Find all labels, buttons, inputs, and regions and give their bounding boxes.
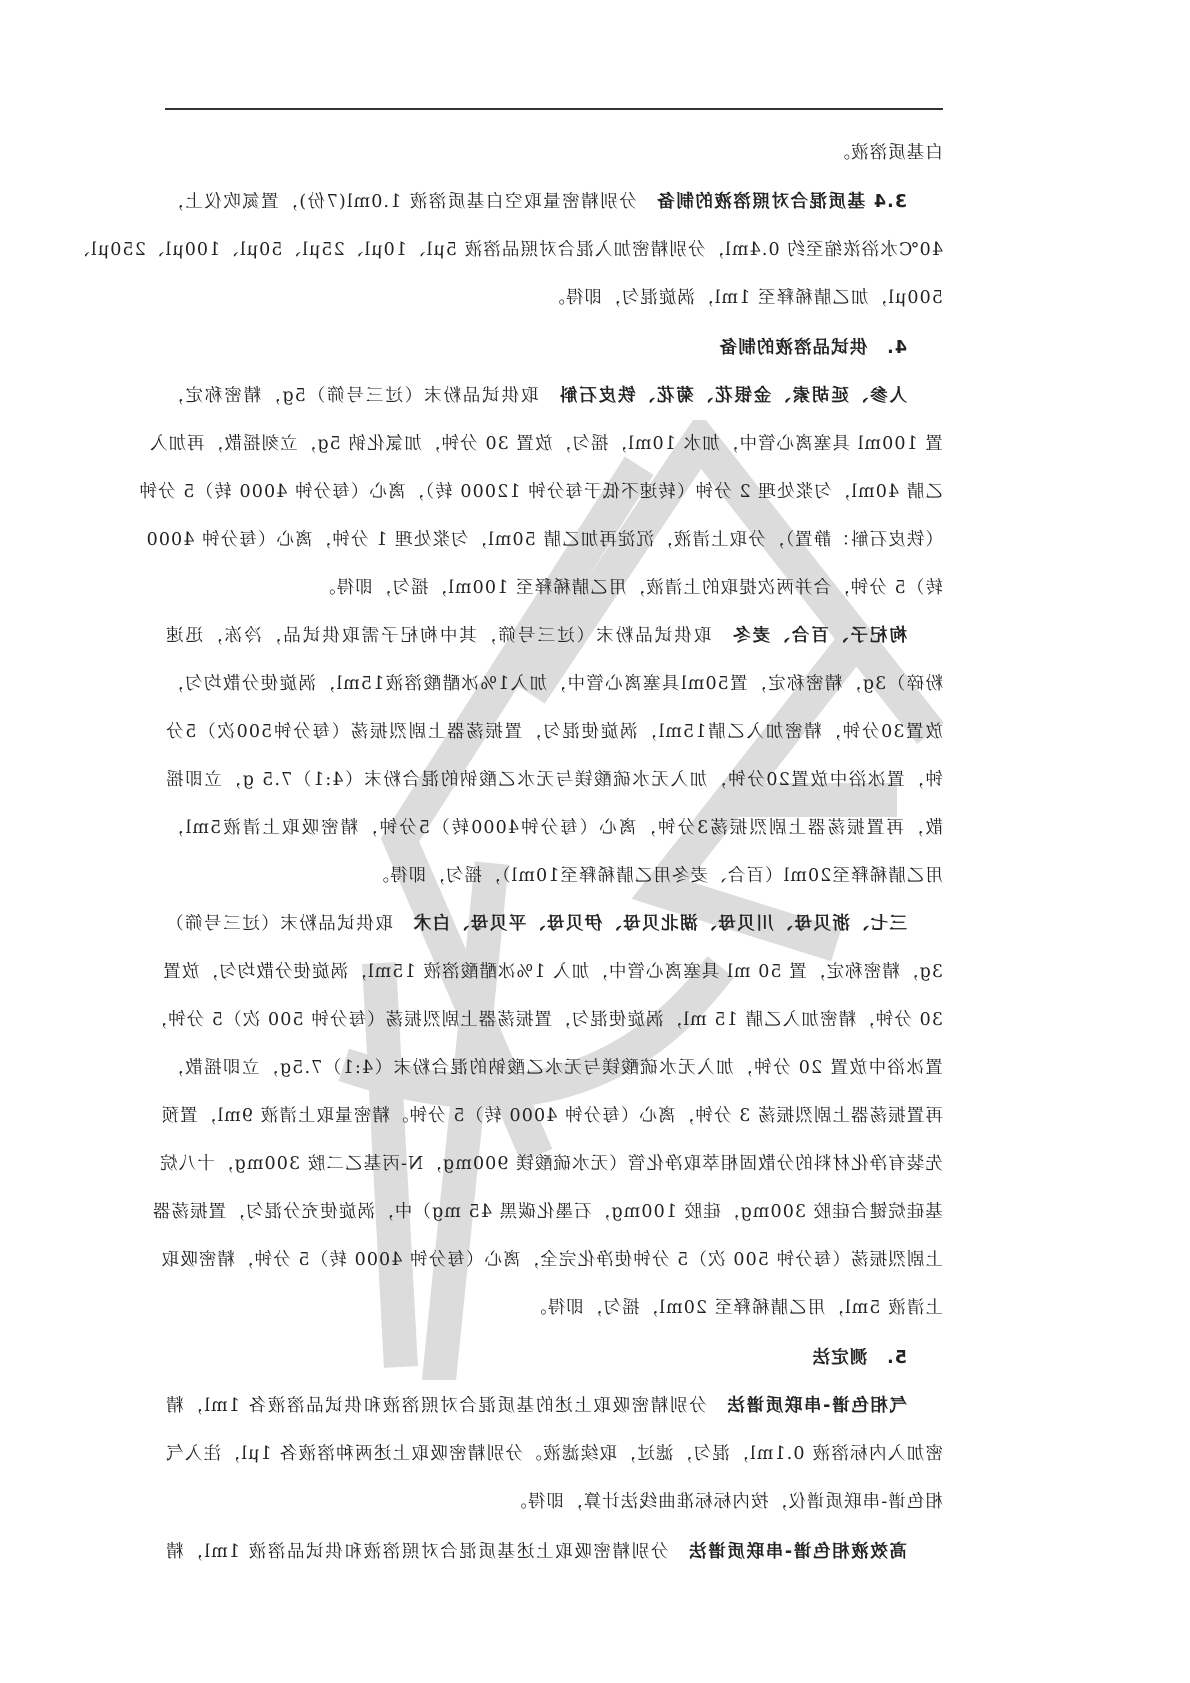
- header-rule: [165, 108, 943, 110]
- line-text: 乙腈 40ml，匀浆处理 2 分钟（转速不低于每分钟 12000 转），离心（每…: [138, 482, 943, 502]
- line-text: 分别精密量取空白基质溶液 1.0ml(7份)，置氮吹仪上，: [165, 192, 656, 212]
- section-heading-line: 高效液相色谱-串联质谱法 分别精密吸取上述基质混合对照溶液和供试品溶液 1ml，…: [165, 1540, 943, 1564]
- paragraph-line: 放置30分钟，精密加入乙腈15ml，涡旋使混匀，置振荡器上剧烈振荡（每分钟500…: [165, 720, 943, 744]
- line-text: 转）5 分钟，合并两次提取的上清液，用乙腈稀释至 100ml，摇匀，即得。: [317, 578, 943, 598]
- paragraph-line: （铁皮石斛：静置），分取上清液，沉淀再加乙腈 50ml，匀浆处理 1 分钟，离心…: [165, 528, 943, 552]
- line-text: 密加入内标溶液 0.1ml，混匀，滤过，取续滤液。分别精密吸取上述两种溶液各 1…: [165, 1444, 943, 1464]
- paragraph-line: 上清液 5ml，用乙腈稀释至 20ml，摇匀，即得。: [165, 1296, 943, 1320]
- paragraph-line: 置 100ml 具塞离心管中，加水 10ml，摇匀，放置 30 分钟，加氯化钠 …: [165, 432, 943, 456]
- line-text: 钟，置冰浴中放置20分钟，加入无水硫酸镁与无水乙酸钠的混合粉末（4:1）7.5 …: [165, 770, 943, 790]
- line-text: 用乙腈稀释至20ml（百合、麦冬用乙腈稀释至10ml），摇匀，即得。: [370, 866, 943, 886]
- line-text: 上剧烈振荡（每分钟 500 次）5 分钟使净化完全，离心（每分钟 4000 转）…: [161, 1250, 943, 1270]
- section-heading-line: 5. 测定法: [165, 1346, 943, 1370]
- paragraph-line: 用乙腈稀释至20ml（百合、麦冬用乙腈稀释至10ml），摇匀，即得。: [165, 864, 943, 888]
- section-heading-line: 4. 供试品溶液的制备: [165, 336, 943, 360]
- section-heading-line: 气相色谱-串联质谱法 分别精密吸取上述的基质混合对照溶液和供试品溶液各 1ml，…: [165, 1394, 943, 1418]
- paragraph-line: 40℃水浴浓缩至约 0.4ml，分别精密加入混合对照品溶液 5μl、10μl、2…: [165, 238, 943, 262]
- section-heading-line: 三七、浙贝母、川贝母、湖北贝母、伊贝母、平贝母、白术 取供试品粉末（过三号筛）: [165, 912, 943, 936]
- paragraph-line: 粉碎）3g，精密称定，置50ml具塞离心管中，加入1%冰醋酸溶液15ml，涡旋使…: [165, 672, 943, 696]
- paragraph-line: 基硅烷键合硅胶 300mg，硅胶 100mg，石墨化碳黑 45 mg）中，涡旋使…: [165, 1200, 943, 1224]
- bold-heading: 高效液相色谱-串联质谱法: [687, 1542, 907, 1562]
- paragraph-line: 钟，置冰浴中放置20分钟，加入无水硫酸镁与无水乙酸钠的混合粉末（4:1）7.5 …: [165, 768, 943, 792]
- paragraph-line: 先装有净化材料的分散固相萃取净化管（无水硫酸镁 900mg，N-丙基乙二胺 30…: [165, 1152, 943, 1176]
- line-text: 取供试品粉末（过三号筛）5g，精密称定，: [165, 386, 558, 406]
- line-text: 再置振荡器上剧烈振荡 3 分钟，离心（每分钟 4000 转）5 分钟。精密量取上…: [161, 1106, 943, 1126]
- paragraph-line: 白基质溶液。: [165, 141, 943, 165]
- line-text: 置冰浴中放置 20 分钟，加入无水硫酸镁与无水乙酸钠的混合粉末（4:1）7.5g…: [165, 1058, 943, 1078]
- paragraph-line: 转）5 分钟，合并两次提取的上清液，用乙腈稀释至 100ml，摇匀，即得。: [165, 576, 943, 600]
- bold-heading: 人参、延胡索、金银花、菊花、铁皮石斛: [558, 386, 907, 406]
- paragraph-line: 相色谱-串联质谱仪，按内标标准曲线法计算，即得。: [165, 1490, 943, 1514]
- section-heading-line: 枸杞子、百合、麦冬 取供试品粉末（过三号筛，其中枸杞子需取供试品，冷冻，迅速: [165, 624, 943, 648]
- line-text: 取供试品粉末（过三号筛）: [165, 914, 412, 934]
- line-text: 先装有净化材料的分散固相萃取净化管（无水硫酸镁 900mg，N-丙基乙二胺 30…: [159, 1154, 943, 1174]
- line-text: 500μl，加乙腈稀释至 1ml，涡旋混匀，即得。: [546, 288, 943, 308]
- line-text: 30 分钟，精密加入乙腈 15 ml，涡旋使混匀，置振荡器上剧烈振荡（每分钟 5…: [148, 1010, 943, 1030]
- line-text: 40℃水浴浓缩至约 0.4ml，分别精密加入混合对照品溶液 5μl、10μl、2…: [71, 240, 943, 260]
- line-text: 置 100ml 具塞离心管中，加水 10ml，摇匀，放置 30 分钟，加氯化钠 …: [149, 434, 943, 454]
- paragraph-line: 散，再置振荡器上剧烈振荡3分钟，离心（每分钟4000转）5分钟，精密吸取上清液5…: [165, 816, 943, 840]
- section-heading-line: 人参、延胡索、金银花、菊花、铁皮石斛 取供试品粉末（过三号筛）5g，精密称定，: [165, 384, 943, 408]
- line-text: 分别精密吸取上述基质混合对照溶液和供试品溶液 1ml，精: [165, 1542, 687, 1562]
- bold-heading: 4. 供试品溶液的制备: [719, 338, 907, 358]
- section-heading-line: 3.4 基质混合对照溶液的制备 分别精密量取空白基质溶液 1.0ml(7份)，置…: [165, 190, 943, 214]
- line-text: 基硅烷键合硅胶 300mg，硅胶 100mg，石墨化碳黑 45 mg）中，涡旋使…: [152, 1202, 943, 1222]
- paragraph-line: 30 分钟，精密加入乙腈 15 ml，涡旋使混匀，置振荡器上剧烈振荡（每分钟 5…: [165, 1008, 943, 1032]
- line-text: （铁皮石斛：静置），分取上清液，沉淀再加乙腈 50ml，匀浆处理 1 分钟，离心…: [145, 530, 943, 550]
- bold-heading: 5. 测定法: [812, 1348, 907, 1368]
- bold-heading: 3.4 基质混合对照溶液的制备: [656, 192, 907, 212]
- bold-heading: 枸杞子、百合、麦冬: [731, 626, 907, 646]
- line-text: 粉碎）3g，精密称定，置50ml具塞离心管中，加入1%冰醋酸溶液15ml，涡旋使…: [165, 674, 943, 694]
- paragraph-line: 密加入内标溶液 0.1ml，混匀，滤过，取续滤液。分别精密吸取上述两种溶液各 1…: [165, 1442, 943, 1466]
- paragraph-line: 再置振荡器上剧烈振荡 3 分钟，离心（每分钟 4000 转）5 分钟。精密量取上…: [165, 1104, 943, 1128]
- line-text: 取供试品粉末（过三号筛，其中枸杞子需取供试品，冷冻，迅速: [165, 626, 731, 646]
- paragraph-line: 500μl，加乙腈稀释至 1ml，涡旋混匀，即得。: [165, 286, 943, 310]
- paragraph-line: 乙腈 40ml，匀浆处理 2 分钟（转速不低于每分钟 12000 转），离心（每…: [165, 480, 943, 504]
- bold-heading: 气相色谱-串联质谱法: [726, 1396, 907, 1416]
- bold-heading: 三七、浙贝母、川贝母、湖北贝母、伊贝母、平贝母、白术: [412, 914, 907, 934]
- watermark-logo-icon: [260, 420, 960, 1380]
- paragraph-line: 上剧烈振荡（每分钟 500 次）5 分钟使净化完全，离心（每分钟 4000 转）…: [165, 1248, 943, 1272]
- line-text: 相色谱-串联质谱仪，按内标标准曲线法计算，即得。: [508, 1492, 943, 1512]
- line-text: 3g，精密称定，置 50 ml 具塞离心管中，加入 1%冰醋酸溶液 15ml，涡…: [162, 962, 943, 982]
- line-text: 放置30分钟，精密加入乙腈15ml，涡旋使混匀，置振荡器上剧烈振荡（每分钟500…: [165, 722, 943, 742]
- document-page: 白基质溶液。3.4 基质混合对照溶液的制备 分别精密量取空白基质溶液 1.0ml…: [0, 0, 1190, 1683]
- line-text: 上清液 5ml，用乙腈稀释至 20ml，摇匀，即得。: [528, 1298, 943, 1318]
- line-text: 白基质溶液。: [831, 143, 943, 163]
- paragraph-line: 置冰浴中放置 20 分钟，加入无水硫酸镁与无水乙酸钠的混合粉末（4:1）7.5g…: [165, 1056, 943, 1080]
- line-text: 分别精密吸取上述的基质混合对照溶液和供试品溶液各 1ml，精: [165, 1396, 726, 1416]
- paragraph-line: 3g，精密称定，置 50 ml 具塞离心管中，加入 1%冰醋酸溶液 15ml，涡…: [165, 960, 943, 984]
- line-text: 散，再置振荡器上剧烈振荡3分钟，离心（每分钟4000转）5分钟，精密吸取上清液5…: [165, 818, 943, 838]
